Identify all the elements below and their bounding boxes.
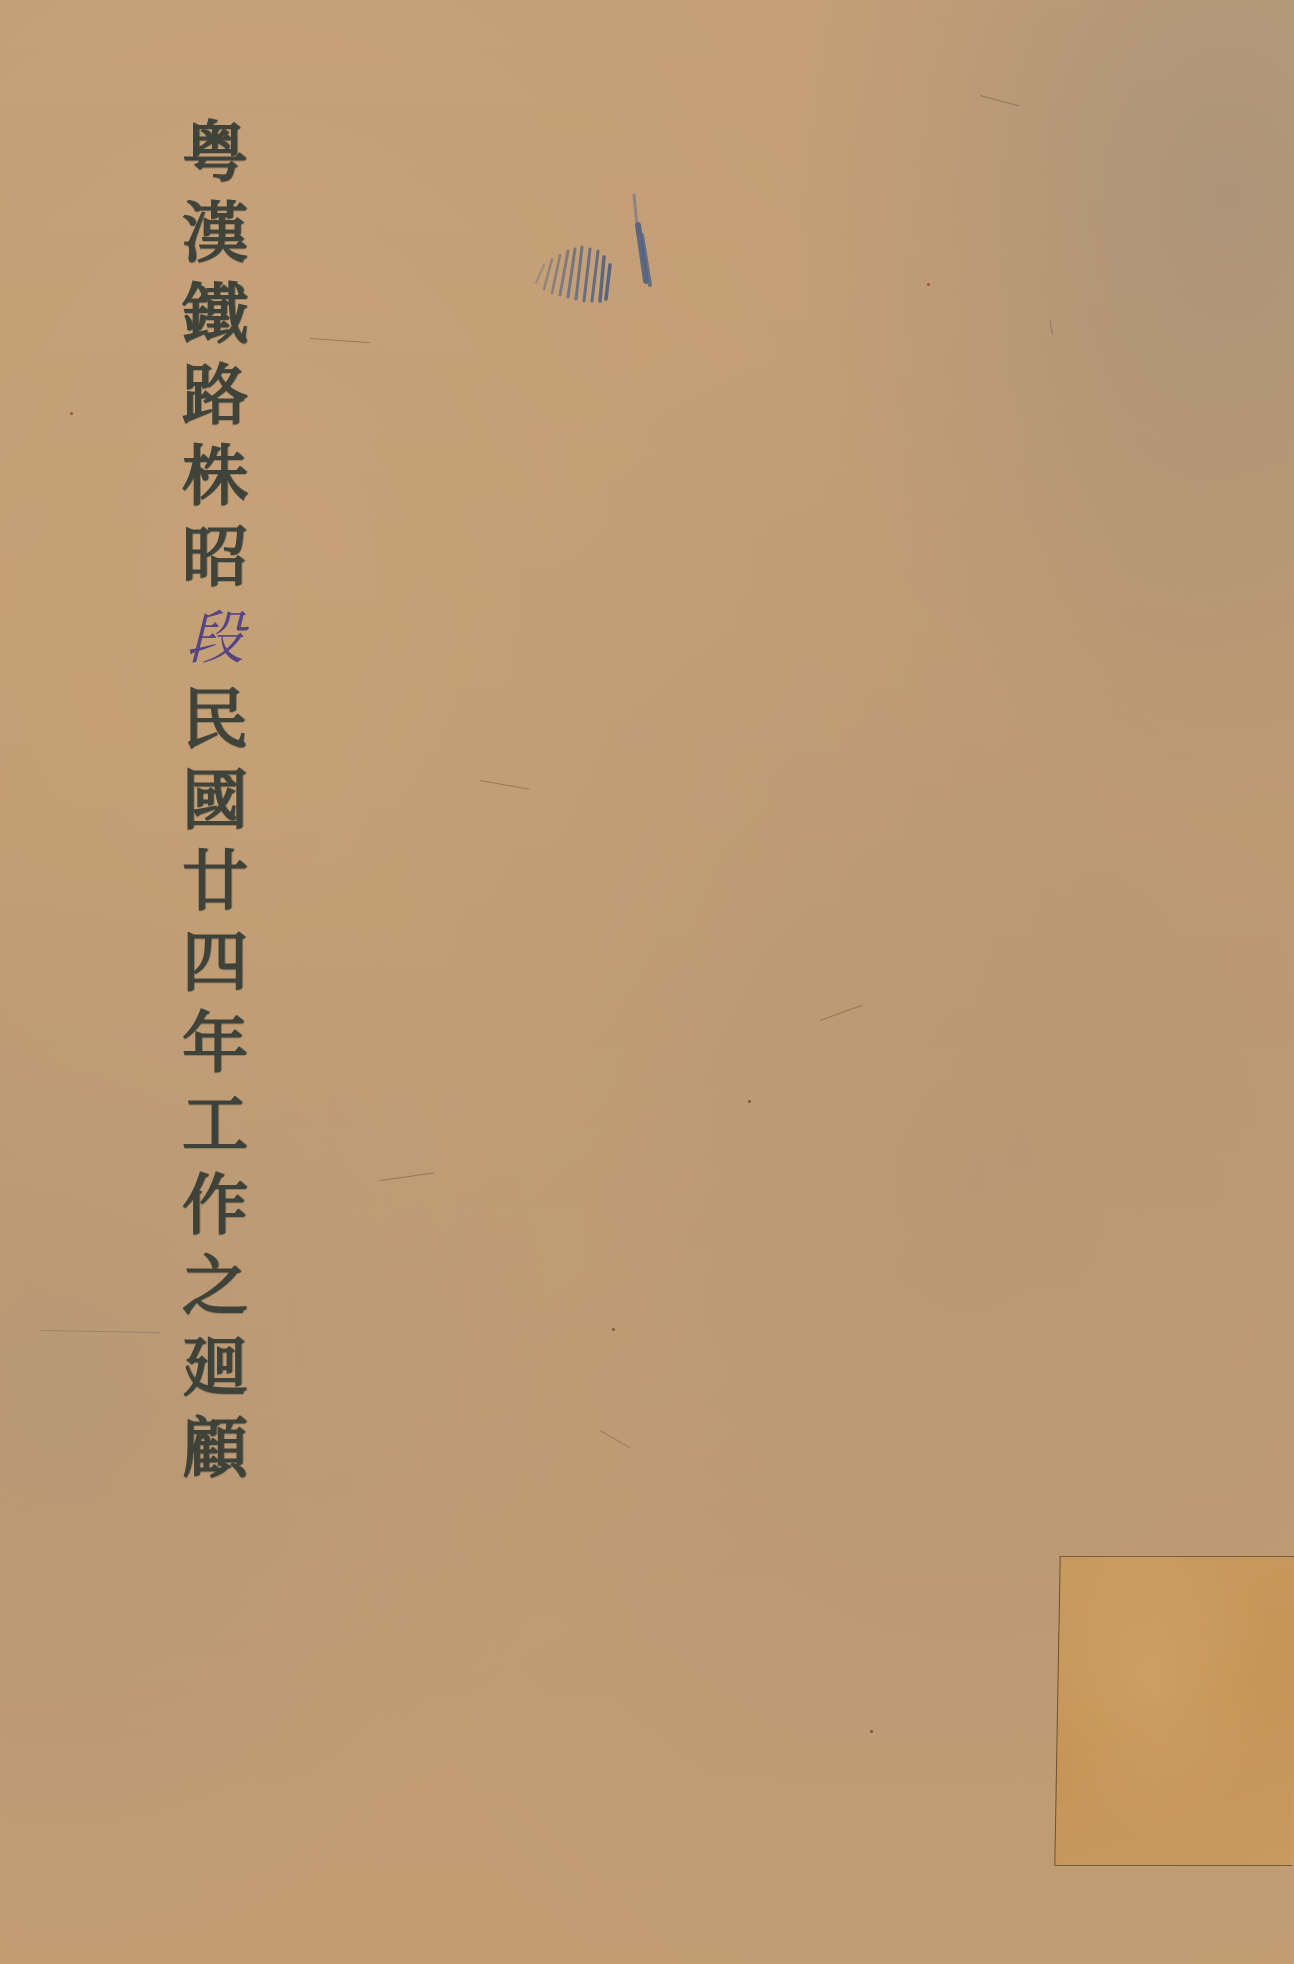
cover-title: 粤 漢 鐵 路 株 昭 段 民 國 廿 四 年 工 作 之 廻 顧 xyxy=(170,112,260,1489)
title-char: 顧 xyxy=(170,1408,260,1489)
title-char: 作 xyxy=(170,1165,260,1246)
title-char: 工 xyxy=(170,1084,260,1165)
title-char: 廻 xyxy=(170,1327,260,1408)
title-char: 株 xyxy=(170,436,260,517)
title-char: 昭 xyxy=(170,517,260,598)
title-char: 國 xyxy=(170,760,260,841)
title-char: 四 xyxy=(170,922,260,1003)
title-char: 民 xyxy=(170,679,260,760)
title-char: 年 xyxy=(170,1003,260,1084)
title-char: 漢 xyxy=(170,193,260,274)
title-char: 之 xyxy=(170,1246,260,1327)
title-char: 廿 xyxy=(170,841,260,922)
title-char: 鐵 xyxy=(170,274,260,355)
handwritten-title-char: 段 xyxy=(170,598,260,679)
blue-crayon-mark xyxy=(530,185,670,325)
title-char: 粤 xyxy=(170,112,260,193)
paper-patch xyxy=(1054,1556,1294,1866)
title-char: 路 xyxy=(170,355,260,436)
